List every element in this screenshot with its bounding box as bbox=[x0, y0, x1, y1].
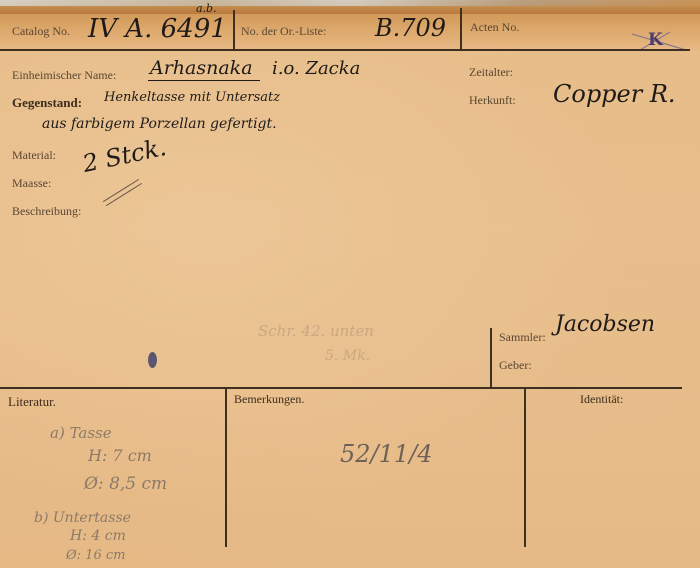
header-rule bbox=[0, 49, 690, 51]
beschreibung-label: Beschreibung: bbox=[12, 204, 81, 219]
sammler-value: Jacobsen bbox=[555, 312, 655, 337]
einheimischer-name-extra: i.o. Zacka bbox=[272, 58, 360, 79]
literatur-b-height: H: 4 cm bbox=[70, 528, 126, 544]
header-divider-1 bbox=[233, 10, 235, 50]
name-underline bbox=[148, 80, 260, 81]
einheimischer-name-value: Arhasnaka bbox=[150, 57, 253, 79]
or-list-value: B.709 bbox=[375, 14, 446, 42]
gegenstand-label: Gegenstand: bbox=[12, 95, 82, 111]
literatur-a-diameter: Ø: 8,5 cm bbox=[84, 474, 167, 494]
faint-note-line-2: 5. Mk. bbox=[325, 348, 370, 364]
sammler-divider bbox=[490, 328, 492, 388]
literatur-b-label: b) Untertasse bbox=[34, 510, 131, 526]
herkunft-label: Herkunft: bbox=[469, 93, 516, 108]
literatur-a-height: H: 7 cm bbox=[88, 446, 152, 465]
bottom-rule bbox=[0, 387, 682, 389]
bemerkungen-label: Bemerkungen. bbox=[234, 392, 304, 407]
gegenstand-line-2: aus farbigem Porzellan gefertigt. bbox=[42, 116, 277, 132]
zeitalter-label: Zeitalter: bbox=[469, 65, 513, 80]
acten-no-label: Acten No. bbox=[470, 20, 519, 35]
material-label: Material: bbox=[12, 148, 56, 163]
or-list-label: No. der Or.-Liste: bbox=[241, 24, 326, 39]
sammler-label: Sammler: bbox=[499, 330, 546, 345]
bemerkungen-value: 52/11/4 bbox=[340, 440, 433, 468]
gegenstand-line-1: Henkeltasse mit Untersatz bbox=[104, 90, 280, 105]
catalog-card: Catalog No. IV A. 6491 a.b. No. der Or.-… bbox=[0, 0, 700, 568]
identitaet-label: Identität: bbox=[580, 392, 623, 407]
catalog-no-suffix: a.b. bbox=[196, 2, 217, 15]
geber-label: Geber: bbox=[499, 358, 532, 373]
faint-note-line-1: Schr. 42. unten bbox=[258, 322, 374, 340]
acten-mark: K bbox=[648, 30, 663, 50]
ink-spot bbox=[148, 352, 157, 368]
bottom-divider-2 bbox=[524, 387, 526, 547]
literatur-a-label: a) Tasse bbox=[50, 424, 112, 442]
einheimischer-name-label: Einheimischer Name: bbox=[12, 68, 116, 83]
material-value: 2 Stck. bbox=[80, 133, 169, 178]
header-divider-2 bbox=[460, 8, 462, 50]
maasse-label: Maasse: bbox=[12, 176, 51, 191]
literatur-label: Literatur. bbox=[8, 394, 56, 410]
double-stroke-1 bbox=[103, 179, 139, 202]
literatur-b-diameter: Ø: 16 cm bbox=[66, 548, 125, 563]
herkunft-value: Copper R. bbox=[553, 80, 676, 108]
bottom-divider-1 bbox=[225, 387, 227, 547]
catalog-no-value: IV A. 6491 bbox=[88, 14, 227, 44]
catalog-no-label: Catalog No. bbox=[12, 24, 70, 39]
